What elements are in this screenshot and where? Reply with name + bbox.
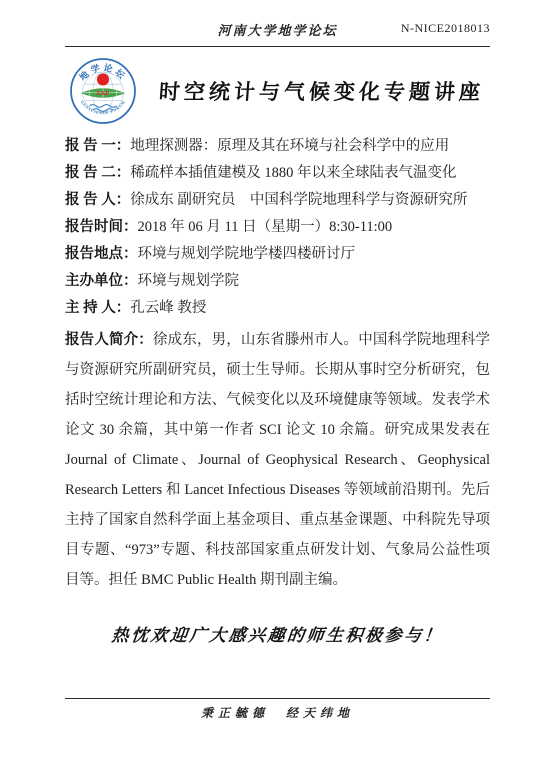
info-row-speaker: 报 告 人：徐成东 副研究员 中国科学院地理科学与资源研究所 (65, 187, 490, 214)
info-value: 孔云峰 教授 (130, 300, 206, 316)
info-label: 主办单位： (65, 273, 138, 289)
announcement-page: 河南大学地学论坛 N-NICE2018013 地学论坛 (0, 0, 543, 768)
bio-label: 报告人简介： (65, 332, 153, 348)
info-row-host: 主 持 人：孔云峰 教授 (65, 295, 490, 322)
info-label: 报 告 二： (65, 165, 130, 181)
info-row-organizer: 主办单位：环境与规划学院 (65, 268, 490, 295)
logo-sun-icon (97, 73, 109, 85)
banner-row: 地学论坛 E&P GEOSCIENCE FORUM 时空统计与气候变化专题讲座 (69, 57, 490, 125)
document-number: N-NICE2018013 (401, 21, 490, 36)
info-row-time: 报告时间：2018 年 06 月 11 日（星期一）8:30-11:00 (65, 214, 490, 241)
info-label: 报告时间： (65, 219, 138, 235)
logo-center-text: E&P (97, 91, 110, 97)
info-label: 报告地点： (65, 246, 138, 262)
info-label: 报 告 人： (65, 192, 130, 208)
forum-name: 河南大学地学论坛 (217, 23, 337, 38)
info-value: 环境与规划学院 (138, 273, 240, 289)
speaker-bio: 报告人简介：徐成东，男，山东省滕州市人。中国科学院地理科学与资源研究所副研究员，… (65, 325, 490, 595)
info-value: 稀疏样本插值建模及 1880 年以来全球陆表气温变化 (130, 165, 456, 181)
info-value: 2018 年 06 月 11 日（星期一）8:30-11:00 (138, 219, 393, 235)
page-header: 河南大学地学论坛 N-NICE2018013 (65, 20, 490, 47)
invitation-line: 热忱欢迎广大感兴趣的师生积极参与！ (64, 621, 492, 646)
footer-motto: 秉正毓德 经天纬地 (201, 706, 354, 720)
info-value: 徐成东 副研究员 中国科学院地理科学与资源研究所 (130, 192, 467, 208)
info-row-location: 报告地点：环境与规划学院地学楼四楼研讨厅 (65, 241, 490, 268)
info-row-report2: 报 告 二：稀疏样本插值建模及 1880 年以来全球陆表气温变化 (65, 160, 490, 187)
info-value: 环境与规划学院地学楼四楼研讨厅 (138, 246, 356, 262)
lecture-info-list: 报 告 一：地理探测器：原理及其在环境与社会科学中的应用 报 告 二：稀疏样本插… (65, 133, 490, 322)
bio-text: 徐成东，男，山东省滕州市人。中国科学院地理科学与资源研究所副研究员，硕士生导师。… (65, 332, 490, 588)
info-label: 报 告 一： (65, 138, 130, 154)
info-label: 主 持 人： (65, 300, 130, 316)
info-value: 地理探测器：原理及其在环境与社会科学中的应用 (130, 138, 449, 154)
info-row-report1: 报 告 一：地理探测器：原理及其在环境与社会科学中的应用 (65, 133, 490, 160)
geoscience-forum-logo-icon: 地学论坛 E&P GEOSCIENCE FORUM (69, 57, 137, 125)
page-footer: 秉正毓德 经天纬地 (65, 698, 490, 722)
lecture-series-title: 时空统计与气候变化专题讲座 (158, 76, 485, 106)
